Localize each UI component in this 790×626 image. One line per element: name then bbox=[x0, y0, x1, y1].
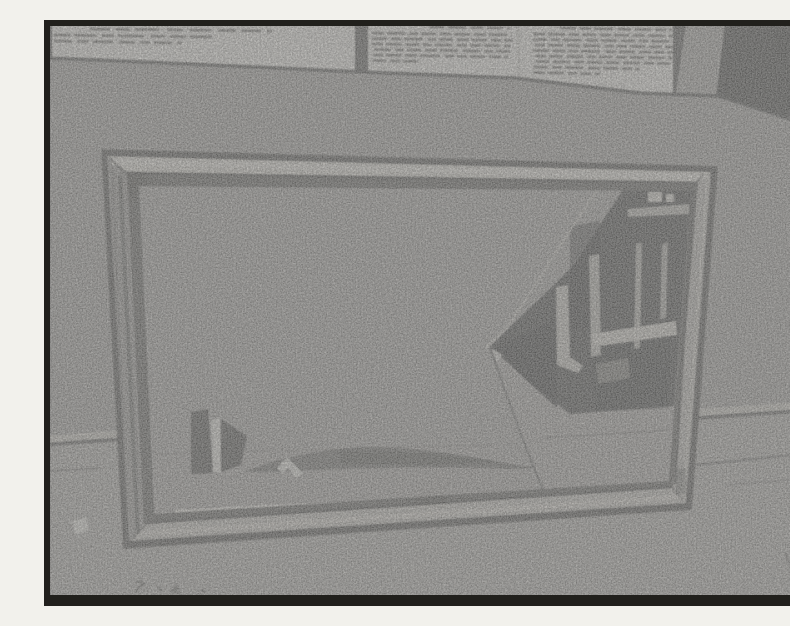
photo-canvas bbox=[40, 16, 790, 610]
grain-light bbox=[50, 26, 790, 595]
newspaper-photo-broken-mirror bbox=[40, 16, 790, 610]
film-grain bbox=[50, 26, 790, 595]
